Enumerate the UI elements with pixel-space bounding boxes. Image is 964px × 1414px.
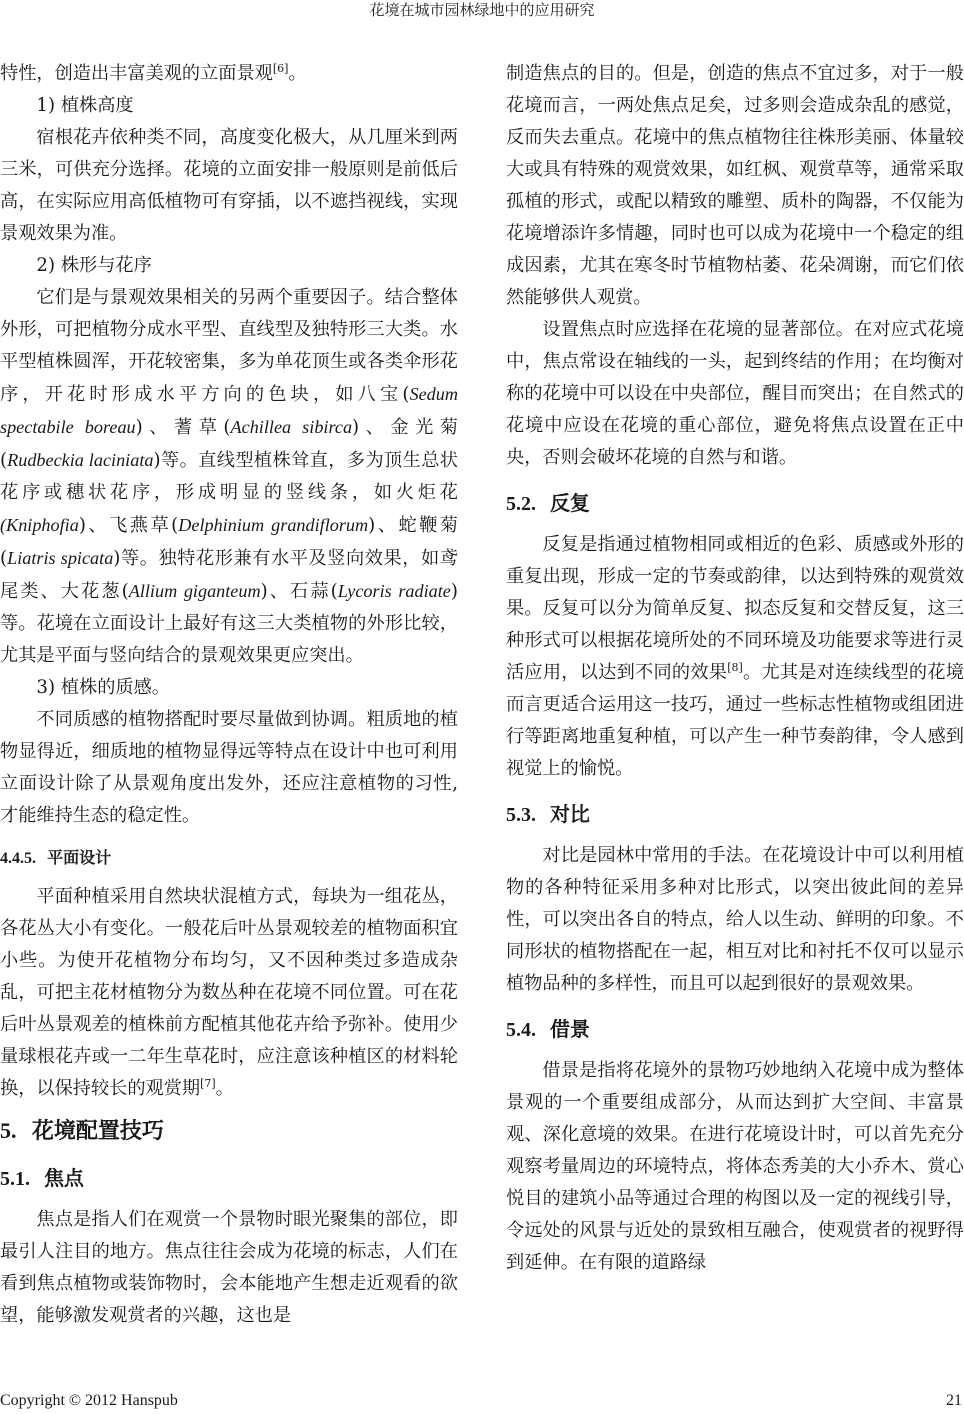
paragraph: 特性，创造出丰富美观的立面景观[6]。	[0, 58, 458, 90]
right-column: 制造焦点的目的。但是，创造的焦点不宜过多，对于一般花境而言，一两处焦点足矣，过多…	[506, 58, 964, 1279]
scientific-name: Allium giganteum	[129, 581, 261, 601]
paragraph: 借景是指将花境外的景物巧妙地纳入花境中成为整体景观的一个重要组成部分，从而达到扩…	[506, 1055, 964, 1279]
paragraph: 它们是与景观效果相关的另两个重要因子。结合整体外形，可把植物分成水平型、直线型及…	[0, 282, 458, 672]
paragraph: 宿根花卉依种类不同，高度变化极大，从几厘米到两三米，可供充分选择。花境的立面安排…	[0, 122, 458, 250]
scientific-name: (Kniphofia	[0, 515, 79, 535]
paragraph: 不同质感的植物搭配时要尽量做到协调。粗质地的植物显得近，细质地的植物显得远等特点…	[0, 704, 458, 832]
paragraph: 设置焦点时应选择在花境的显著部位。在对应式花境中，焦点常设在轴线的一头，起到终结…	[506, 314, 964, 474]
section-heading-4-4-5: 4.4.5. 平面设计	[0, 842, 458, 875]
paragraph: 平面种植采用自然块状混植方式，每块为一组花丛，各花丛大小有变化。一般花后叶丛景观…	[0, 881, 458, 1105]
citation[interactable]: [8]	[727, 661, 743, 674]
scientific-name: Liatris spicata	[7, 548, 113, 568]
paragraph: 制造焦点的目的。但是，创造的焦点不宜过多，对于一般花境而言，一两处焦点足矣，过多…	[506, 58, 964, 314]
section-heading-5-2: 5.2. 反复	[506, 486, 964, 521]
list-item-plant-height: 1) 植株高度	[0, 90, 458, 122]
citation[interactable]: [6]	[273, 62, 289, 75]
list-item-texture: 3) 植株的质感。	[0, 672, 458, 704]
running-header-title: 花境在城市园林绿地中的应用研究	[0, 0, 964, 20]
page-footer: Copyright © 2012 Hanspub 21	[0, 1391, 964, 1411]
paragraph: 焦点是指人们在观赏一个景物时眼光聚集的部位，即最引人注目的地方。焦点往往会成为花…	[0, 1204, 458, 1332]
scientific-name: Delphinium grandiflorum	[178, 515, 368, 535]
scientific-name: Rudbeckia laciniata	[7, 450, 153, 470]
paragraph: 对比是园林中常用的手法。在花境设计中可以利用植物的各种特征采用多种对比形式，以突…	[506, 840, 964, 1000]
section-heading-5-4: 5.4. 借景	[506, 1012, 964, 1047]
list-item-plant-form: 2) 株形与花序	[0, 250, 458, 282]
scientific-name: Achillea sibirca	[231, 417, 353, 437]
section-heading-5: 5. 花境配置技巧	[0, 1113, 458, 1149]
citation[interactable]: [7]	[200, 1077, 216, 1090]
copyright-notice: Copyright © 2012 Hanspub	[0, 1391, 178, 1411]
paragraph: 反复是指通过植物相同或相近的色彩、质感或外形的重复出现，形成一定的节奏或韵律，以…	[506, 529, 964, 785]
left-column: 特性，创造出丰富美观的立面景观[6]。 1) 植株高度 宿根花卉依种类不同，高度…	[0, 58, 458, 1332]
section-heading-5-1: 5.1. 焦点	[0, 1161, 458, 1196]
section-heading-5-3: 5.3. 对比	[506, 797, 964, 832]
page-number: 21	[946, 1391, 962, 1411]
scientific-name: Lycoris radiate	[338, 581, 451, 601]
